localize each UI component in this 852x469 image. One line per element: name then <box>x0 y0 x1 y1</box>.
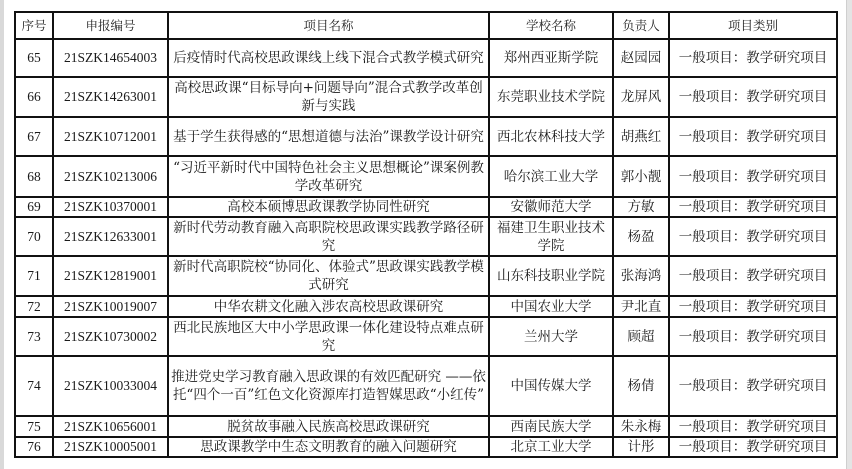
cell-serial-number: 73 <box>15 317 53 356</box>
table-row: 71 21SZK12819001 新时代高职院校“协同化、体验式”思政课实践教学… <box>15 256 837 296</box>
cell-application-code: 21SZK10019007 <box>53 296 168 317</box>
cell-school-name: 中国传媒大学 <box>489 356 613 416</box>
cell-project-category: 一般项目：教学研究项目 <box>669 296 837 317</box>
table-row: 70 21SZK12633001 新时代劳动教育融入高职院校思政课实践教学路径研… <box>15 217 837 256</box>
cell-project-name: 新时代高职院校“协同化、体验式”思政课实践教学模式研究 <box>168 256 489 296</box>
cell-project-category: 一般项目：教学研究项目 <box>669 77 837 117</box>
cell-project-name: 高校思政课“目标导向+问题导向”混合式教学改革创新与实践 <box>168 77 489 117</box>
cell-application-code: 21SZK10712001 <box>53 117 168 156</box>
header-project-name: 项目名称 <box>168 12 489 39</box>
cell-project-category: 一般项目：教学研究项目 <box>669 39 837 77</box>
cell-leader: 计彤 <box>613 437 669 457</box>
table-row: 74 21SZK10033004 推进党史学习教育融入思政课的有效匹配研究 ——… <box>15 356 837 416</box>
cell-school-name: 北京工业大学 <box>489 437 613 457</box>
cell-application-code: 21SZK14263001 <box>53 77 168 117</box>
table-row: 69 21SZK10370001 高校本硕博思政课教学协同性研究 安徽师范大学 … <box>15 197 837 217</box>
header-project-category: 项目类别 <box>669 12 837 39</box>
cell-application-code: 21SZK10656001 <box>53 416 168 437</box>
cell-application-code: 21SZK12633001 <box>53 217 168 256</box>
table-row: 65 21SZK14654003 后疫情时代高校思政课线上线下混合式教学模式研究… <box>15 39 837 77</box>
cell-leader: 龙屏风 <box>613 77 669 117</box>
cell-leader: 胡燕红 <box>613 117 669 156</box>
cell-project-category: 一般项目：教学研究项目 <box>669 156 837 197</box>
cell-serial-number: 70 <box>15 217 53 256</box>
cell-serial-number: 67 <box>15 117 53 156</box>
cell-project-category: 一般项目：教学研究项目 <box>669 256 837 296</box>
cell-school-name: 安徽师范大学 <box>489 197 613 217</box>
cell-project-name: 脱贫故事融入民族高校思政课研究 <box>168 416 489 437</box>
cell-application-code: 21SZK12819001 <box>53 256 168 296</box>
cell-project-category: 一般项目：教学研究项目 <box>669 197 837 217</box>
cell-leader: 杨倩 <box>613 356 669 416</box>
cell-serial-number: 68 <box>15 156 53 197</box>
cell-project-name: 后疫情时代高校思政课线上线下混合式教学模式研究 <box>168 39 489 77</box>
cell-leader: 赵园园 <box>613 39 669 77</box>
cell-school-name: 山东科技职业学院 <box>489 256 613 296</box>
header-school-name: 学校名称 <box>489 12 613 39</box>
cell-project-name: 高校本硕博思政课教学协同性研究 <box>168 197 489 217</box>
table-row: 66 21SZK14263001 高校思政课“目标导向+问题导向”混合式教学改革… <box>15 77 837 117</box>
cell-application-code: 21SZK10033004 <box>53 356 168 416</box>
scrollbar[interactable] <box>846 0 852 469</box>
cell-application-code: 21SZK10730002 <box>53 317 168 356</box>
table-row: 76 21SZK10005001 思政课教学中生态文明教育的融入问题研究 北京工… <box>15 437 837 457</box>
table-row: 75 21SZK10656001 脱贫故事融入民族高校思政课研究 西南民族大学 … <box>15 416 837 437</box>
cell-project-name: 基于学生获得感的“思想道德与法治”课教学设计研究 <box>168 117 489 156</box>
header-serial-number: 序号 <box>15 12 53 39</box>
cell-leader: 朱永梅 <box>613 416 669 437</box>
cell-leader: 尹北直 <box>613 296 669 317</box>
header-application-code: 申报编号 <box>53 12 168 39</box>
cell-project-category: 一般项目：教学研究项目 <box>669 217 837 256</box>
cell-application-code: 21SZK10213006 <box>53 156 168 197</box>
cell-project-category: 一般项目：教学研究项目 <box>669 317 837 356</box>
cell-leader: 郭小靓 <box>613 156 669 197</box>
cell-project-name: 西北民族地区大中小学思政课一体化建设特点难点研究 <box>168 317 489 356</box>
cell-project-name: 思政课教学中生态文明教育的融入问题研究 <box>168 437 489 457</box>
cell-school-name: 西南民族大学 <box>489 416 613 437</box>
cell-project-name: “习近平新时代中国特色社会主义思想概论”课案例教学改革研究 <box>168 156 489 197</box>
table-row: 67 21SZK10712001 基于学生获得感的“思想道德与法治”课教学设计研… <box>15 117 837 156</box>
cell-school-name: 东莞职业技术学院 <box>489 77 613 117</box>
cell-school-name: 西北农林科技大学 <box>489 117 613 156</box>
cell-serial-number: 71 <box>15 256 53 296</box>
project-list-table: 序号 申报编号 项目名称 学校名称 负责人 项目类别 65 21SZK14654… <box>14 11 838 458</box>
cell-application-code: 21SZK10005001 <box>53 437 168 457</box>
cell-project-category: 一般项目：教学研究项目 <box>669 437 837 457</box>
cell-serial-number: 65 <box>15 39 53 77</box>
cell-project-category: 一般项目：教学研究项目 <box>669 356 837 416</box>
cell-serial-number: 72 <box>15 296 53 317</box>
cell-project-name: 推进党史学习教育融入思政课的有效匹配研究 ——依托“四个一百”红色文化资源库打造… <box>168 356 489 416</box>
cell-project-category: 一般项目：教学研究项目 <box>669 117 837 156</box>
cell-serial-number: 66 <box>15 77 53 117</box>
cell-school-name: 郑州西亚斯学院 <box>489 39 613 77</box>
cell-school-name: 哈尔滨工业大学 <box>489 156 613 197</box>
table-row: 68 21SZK10213006 “习近平新时代中国特色社会主义思想概论”课案例… <box>15 156 837 197</box>
left-window-edge <box>0 0 4 469</box>
cell-leader: 张海鸿 <box>613 256 669 296</box>
cell-application-code: 21SZK14654003 <box>53 39 168 77</box>
table-header-row: 序号 申报编号 项目名称 学校名称 负责人 项目类别 <box>15 12 837 39</box>
cell-school-name: 中国农业大学 <box>489 296 613 317</box>
header-leader: 负责人 <box>613 12 669 39</box>
cell-leader: 顾超 <box>613 317 669 356</box>
cell-school-name: 兰州大学 <box>489 317 613 356</box>
cell-serial-number: 75 <box>15 416 53 437</box>
cell-serial-number: 76 <box>15 437 53 457</box>
cell-project-name: 中华农耕文化融入涉农高校思政课研究 <box>168 296 489 317</box>
table-row: 72 21SZK10019007 中华农耕文化融入涉农高校思政课研究 中国农业大… <box>15 296 837 317</box>
cell-serial-number: 74 <box>15 356 53 416</box>
cell-leader: 杨盈 <box>613 217 669 256</box>
cell-leader: 方敏 <box>613 197 669 217</box>
cell-serial-number: 69 <box>15 197 53 217</box>
cell-project-category: 一般项目：教学研究项目 <box>669 416 837 437</box>
cell-school-name: 福建卫生职业技术学院 <box>489 217 613 256</box>
table-row: 73 21SZK10730002 西北民族地区大中小学思政课一体化建设特点难点研… <box>15 317 837 356</box>
cell-application-code: 21SZK10370001 <box>53 197 168 217</box>
cell-project-name: 新时代劳动教育融入高职院校思政课实践教学路径研究 <box>168 217 489 256</box>
